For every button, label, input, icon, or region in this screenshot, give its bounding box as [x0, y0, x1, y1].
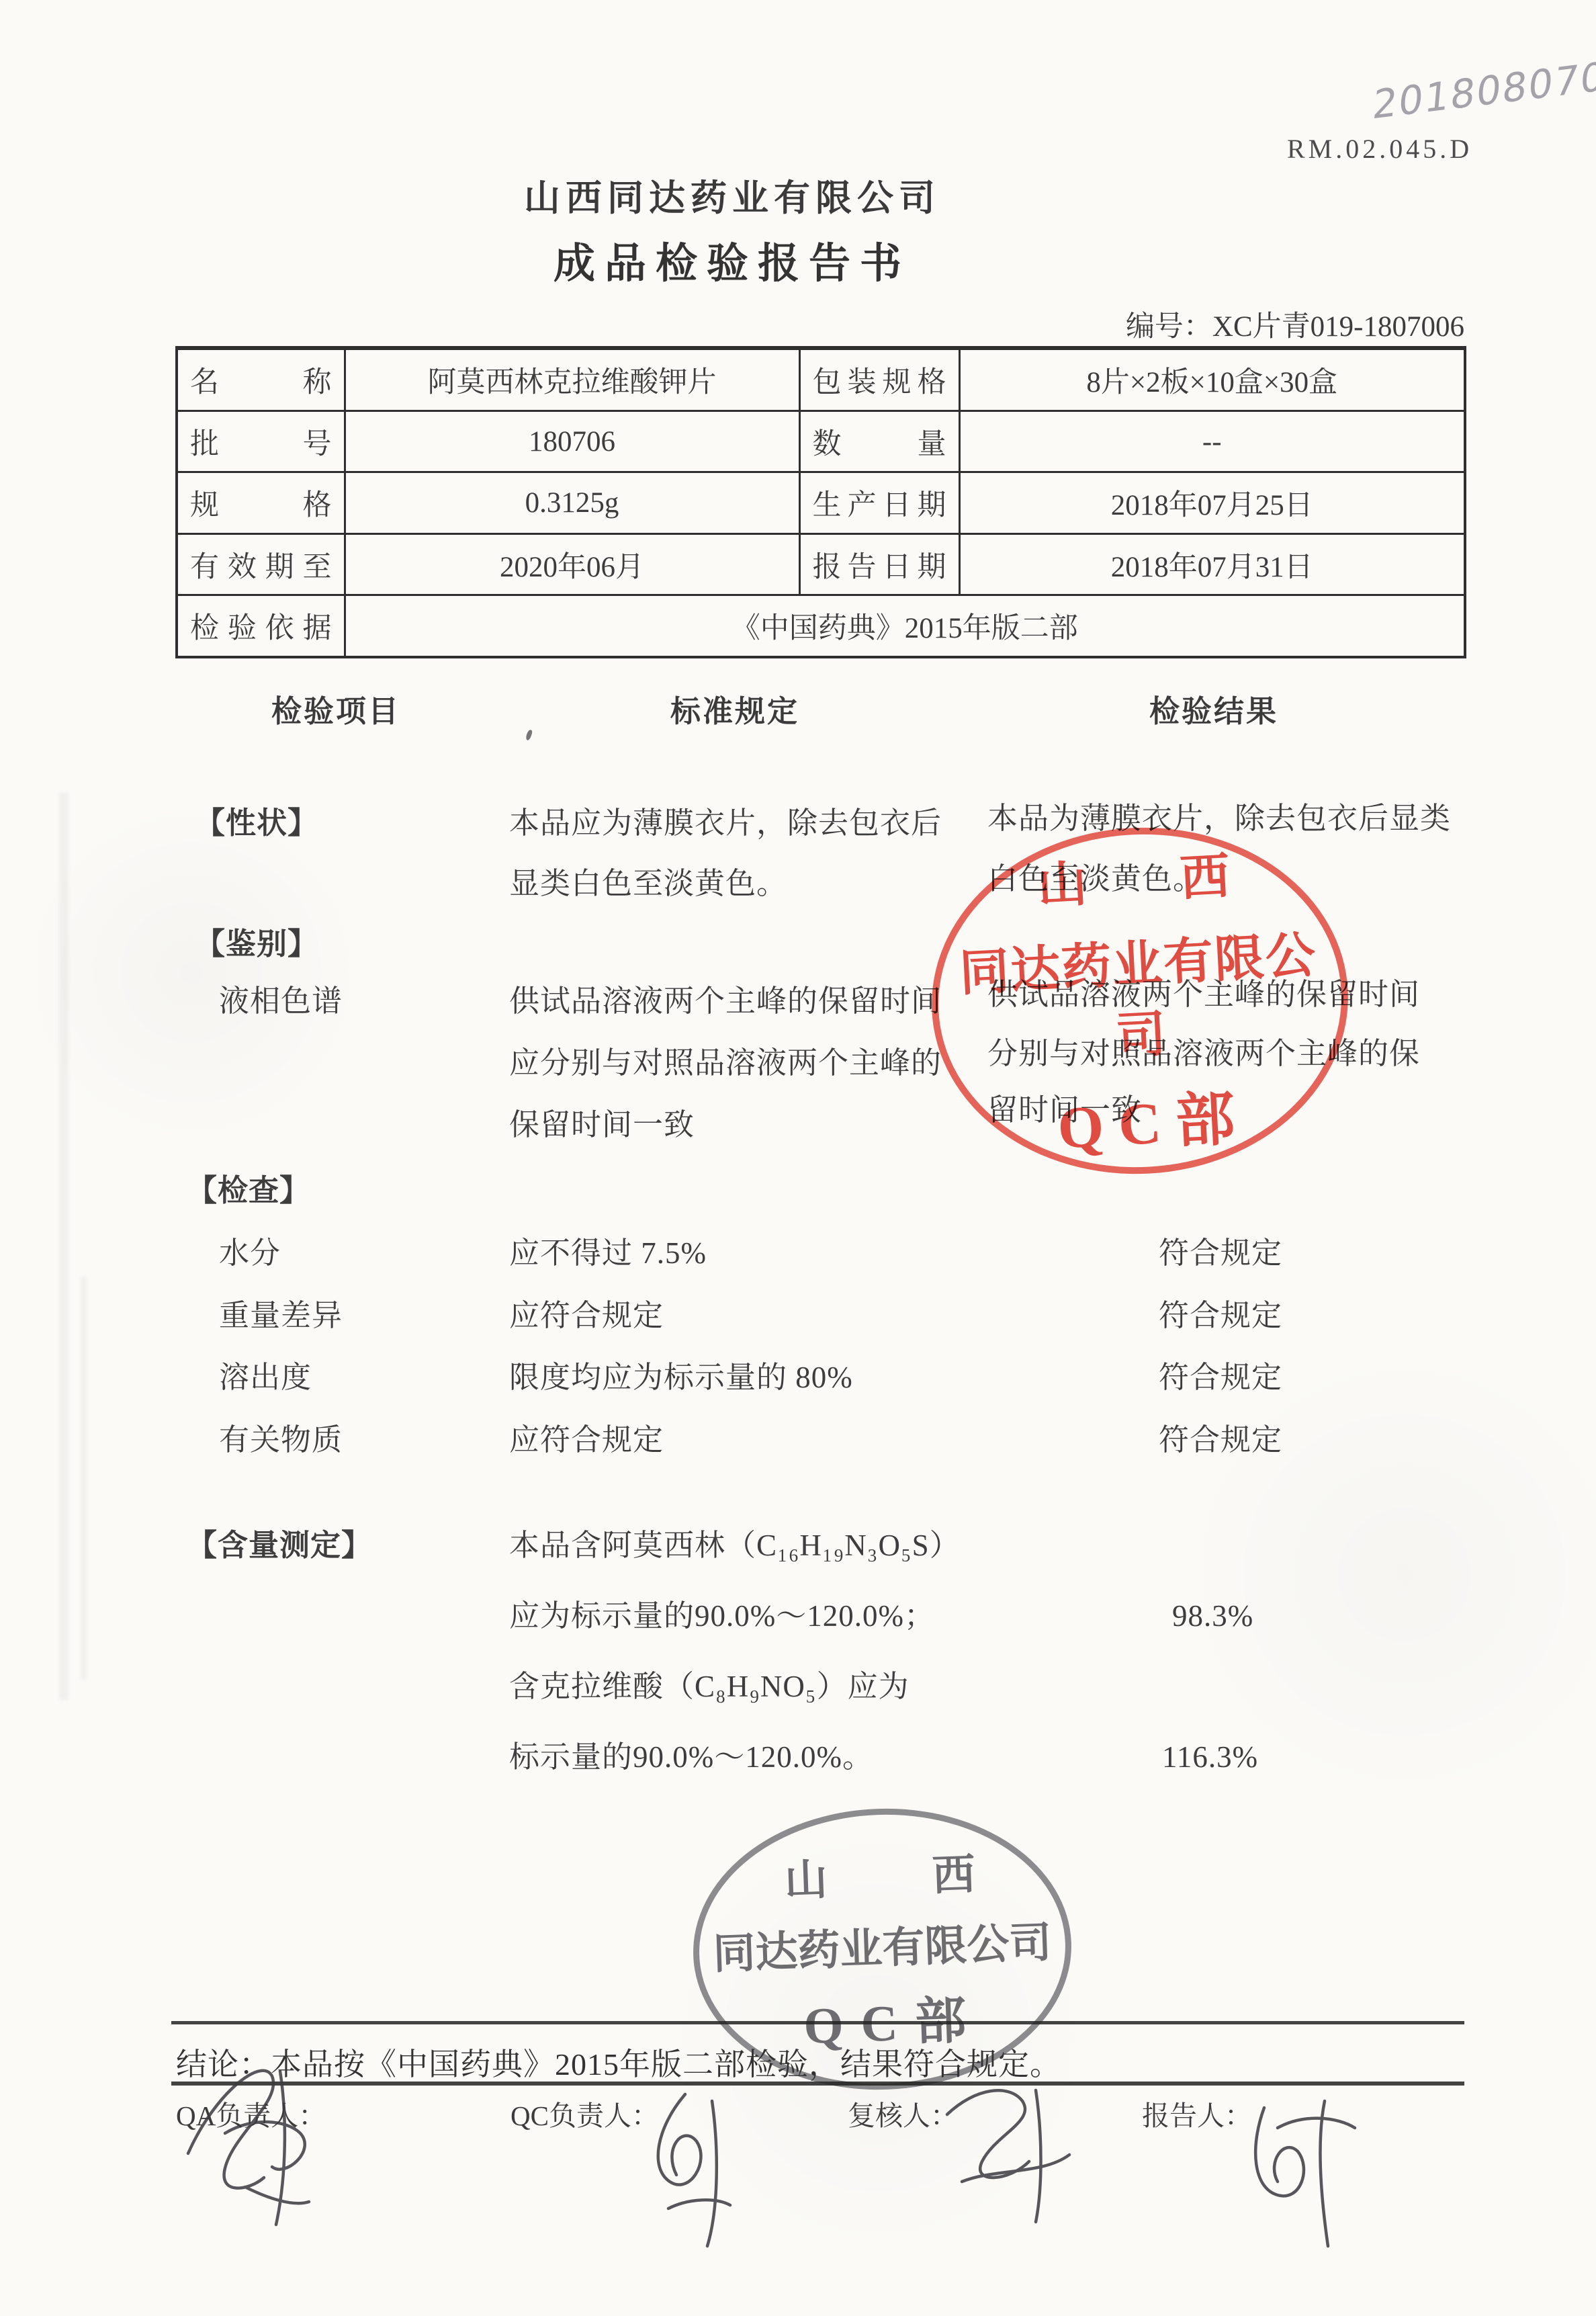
result-text: 98.3%: [1172, 1601, 1253, 1631]
field-label: 规 格: [177, 472, 345, 533]
column-header-result: 检验结果: [1149, 687, 1278, 730]
signature-qc: [628, 2086, 776, 2264]
stamp-text: 同达药业有限公司: [712, 1908, 1053, 1981]
standard-text: 供试品溶液两个主峰的保留时间: [509, 986, 942, 1017]
standard-text: 保留时间一致: [509, 1110, 695, 1140]
section-item-related-substances: 有关物质: [219, 1425, 343, 1455]
field-label: 包装规格: [799, 348, 959, 411]
result-text: 116.3%: [1162, 1742, 1258, 1772]
handwritten-number: 20180807003: [1371, 46, 1596, 128]
divider-line: [171, 2082, 1464, 2086]
report-title: 成品检验报告书: [0, 230, 1464, 290]
standard-text: 应为标示量的90.0%～120.0%；: [509, 1601, 935, 1631]
report-number: 编号：XC片青019-1807006: [0, 304, 1464, 345]
standard-text: 本品含阿莫西林（C₁₆H₁₉N₃O₅S）: [509, 1531, 961, 1561]
column-header-item: 检验项目: [271, 687, 400, 730]
section-item-water: 水分: [219, 1238, 281, 1269]
stamp-text: 同达药业有限公司: [934, 914, 1344, 1077]
field-label: 有效期至: [177, 533, 345, 595]
field-value: 2018年07月25日: [959, 472, 1465, 533]
field-label: 检验依据: [177, 595, 345, 657]
product-info-table: 名 称 阿莫西林克拉维酸钾片 包装规格 8片×2板×10盒×30盒 批 号 18…: [175, 346, 1466, 658]
ink-speck: [525, 729, 533, 740]
section-item-tests: 【检查】: [187, 1176, 310, 1206]
section-item-assay: 【含量测定】: [187, 1531, 372, 1561]
scan-smudge: [81, 1277, 87, 1680]
standard-text: 含克拉维酸（C₈H₉NO₅）应为: [509, 1672, 910, 1702]
standard-text: 应不得过 7.5%: [509, 1238, 707, 1269]
doc-code: RM.02.045.D: [1287, 133, 1472, 165]
field-label: 数 量: [799, 411, 959, 472]
signature-qa: [185, 2053, 359, 2258]
field-value: --: [959, 411, 1465, 472]
divider-line: [171, 2021, 1464, 2024]
company-title: 山西同达药业有限公司: [0, 169, 1464, 221]
standard-text: 应符合规定: [509, 1301, 664, 1331]
table-row: 规 格 0.3125g 生产日期 2018年07月25日: [177, 472, 1465, 533]
result-text: 符合规定: [1159, 1301, 1282, 1331]
field-label: 名 称: [177, 348, 345, 411]
result-text: 符合规定: [1159, 1425, 1282, 1455]
field-label: 报告日期: [799, 533, 959, 595]
section-item-identification: 【鉴别】: [195, 929, 318, 959]
table-row: 检验依据 《中国药典》2015年版二部: [177, 595, 1465, 657]
field-value: 8片×2板×10盒×30盒: [959, 348, 1465, 411]
stamp-text: 山 西: [736, 1838, 1023, 1910]
field-label: 批 号: [177, 411, 345, 472]
section-item-weight-variation: 重量差异: [219, 1301, 343, 1331]
result-text: 本品为薄膜衣片，除去包衣后显类: [987, 804, 1451, 834]
field-value: 阿莫西林克拉维酸钾片: [345, 348, 799, 411]
field-value: 180706: [345, 411, 799, 472]
field-value: 0.3125g: [345, 472, 799, 533]
table-row: 有效期至 2020年06月 报告日期 2018年07月31日: [177, 533, 1465, 595]
result-text: 符合规定: [1159, 1238, 1282, 1269]
signature-reporter: [1236, 2086, 1377, 2258]
table-row: 批 号 180706 数 量 --: [177, 411, 1465, 472]
field-value: 《中国药典》2015年版二部: [345, 595, 1465, 657]
field-value: 2020年06月: [345, 533, 799, 595]
standard-text: 显类白色至淡黄色。: [509, 869, 787, 899]
column-header-standard: 标准规定: [670, 687, 799, 730]
field-label: 生产日期: [799, 472, 959, 533]
standard-text: 应分别与对照品溶液两个主峰的: [509, 1048, 942, 1078]
standard-text: 标示量的90.0%～120.0%。: [509, 1742, 873, 1772]
section-item-appearance: 【性状】: [195, 808, 318, 839]
report-page: 20180807003 RM.02.045.D 山西同达药业有限公司 成品检验报…: [0, 0, 1596, 2316]
stamp-text: QC部: [1040, 1070, 1251, 1166]
table-row: 名 称 阿莫西林克拉维酸钾片 包装规格 8片×2板×10盒×30盒: [177, 348, 1465, 411]
standard-text: 本品应为薄膜衣片，除去包衣后: [509, 808, 942, 839]
section-item-dissolution: 溶出度: [219, 1363, 312, 1393]
standard-text: 应符合规定: [509, 1425, 664, 1455]
standard-text: 限度均应为标示量的 80%: [509, 1363, 853, 1393]
section-item-hplc: 液相色谱: [219, 986, 343, 1017]
result-text: 符合规定: [1159, 1363, 1282, 1393]
signature-reviewer: [934, 2073, 1088, 2244]
stamp-text: 山 西: [995, 834, 1272, 919]
scan-smudge: [59, 793, 69, 1700]
field-value: 2018年07月31日: [959, 533, 1465, 595]
